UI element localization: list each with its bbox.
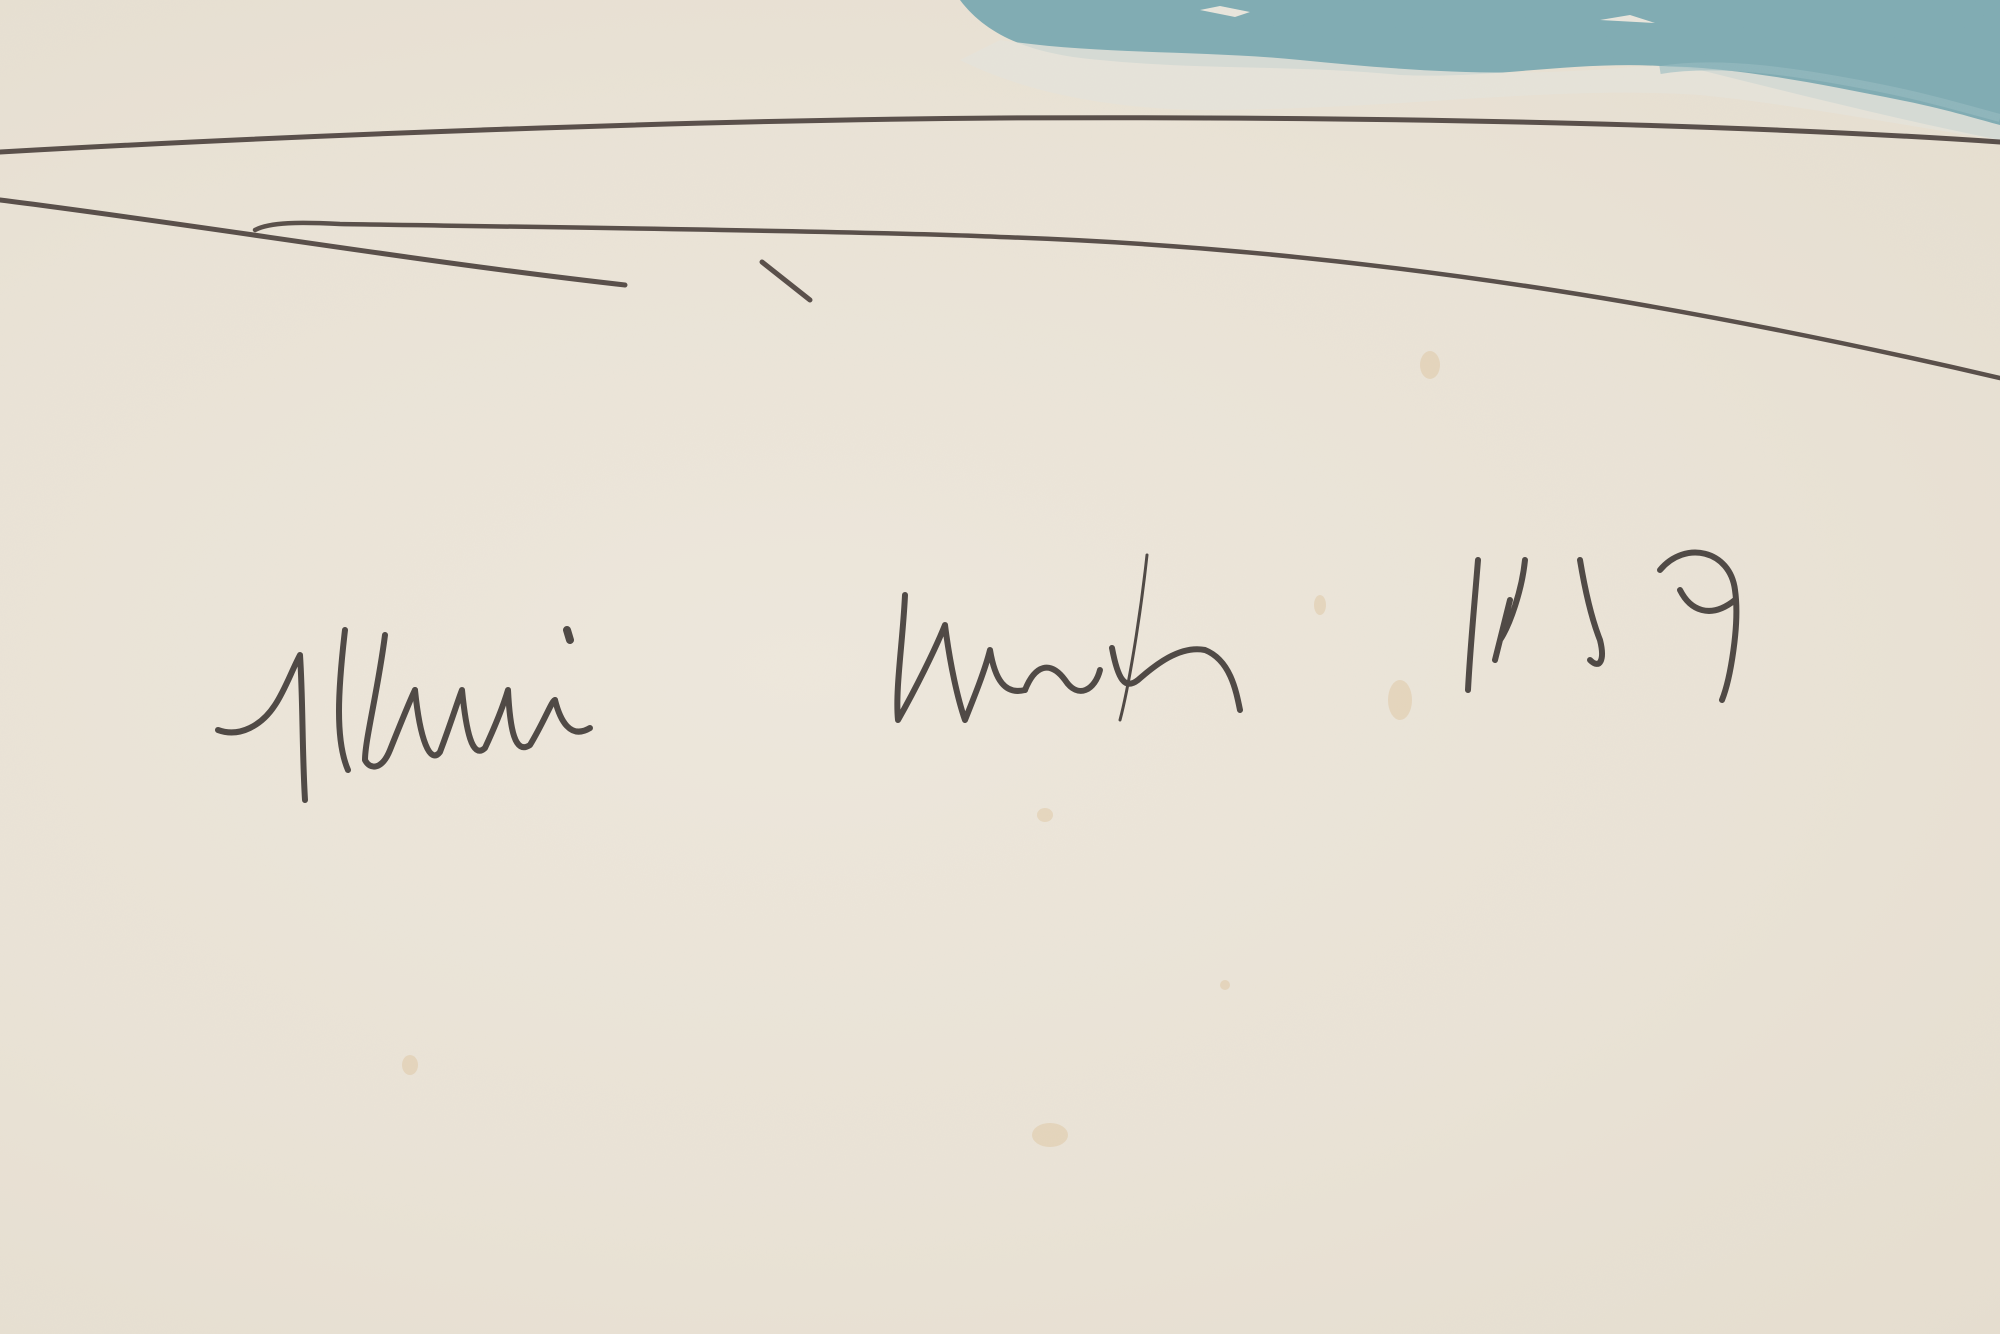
paper-texture (0, 0, 2000, 1334)
artwork-photo: Alberto Martini 1959 (0, 0, 2000, 1334)
artwork-canvas (0, 0, 2000, 1334)
